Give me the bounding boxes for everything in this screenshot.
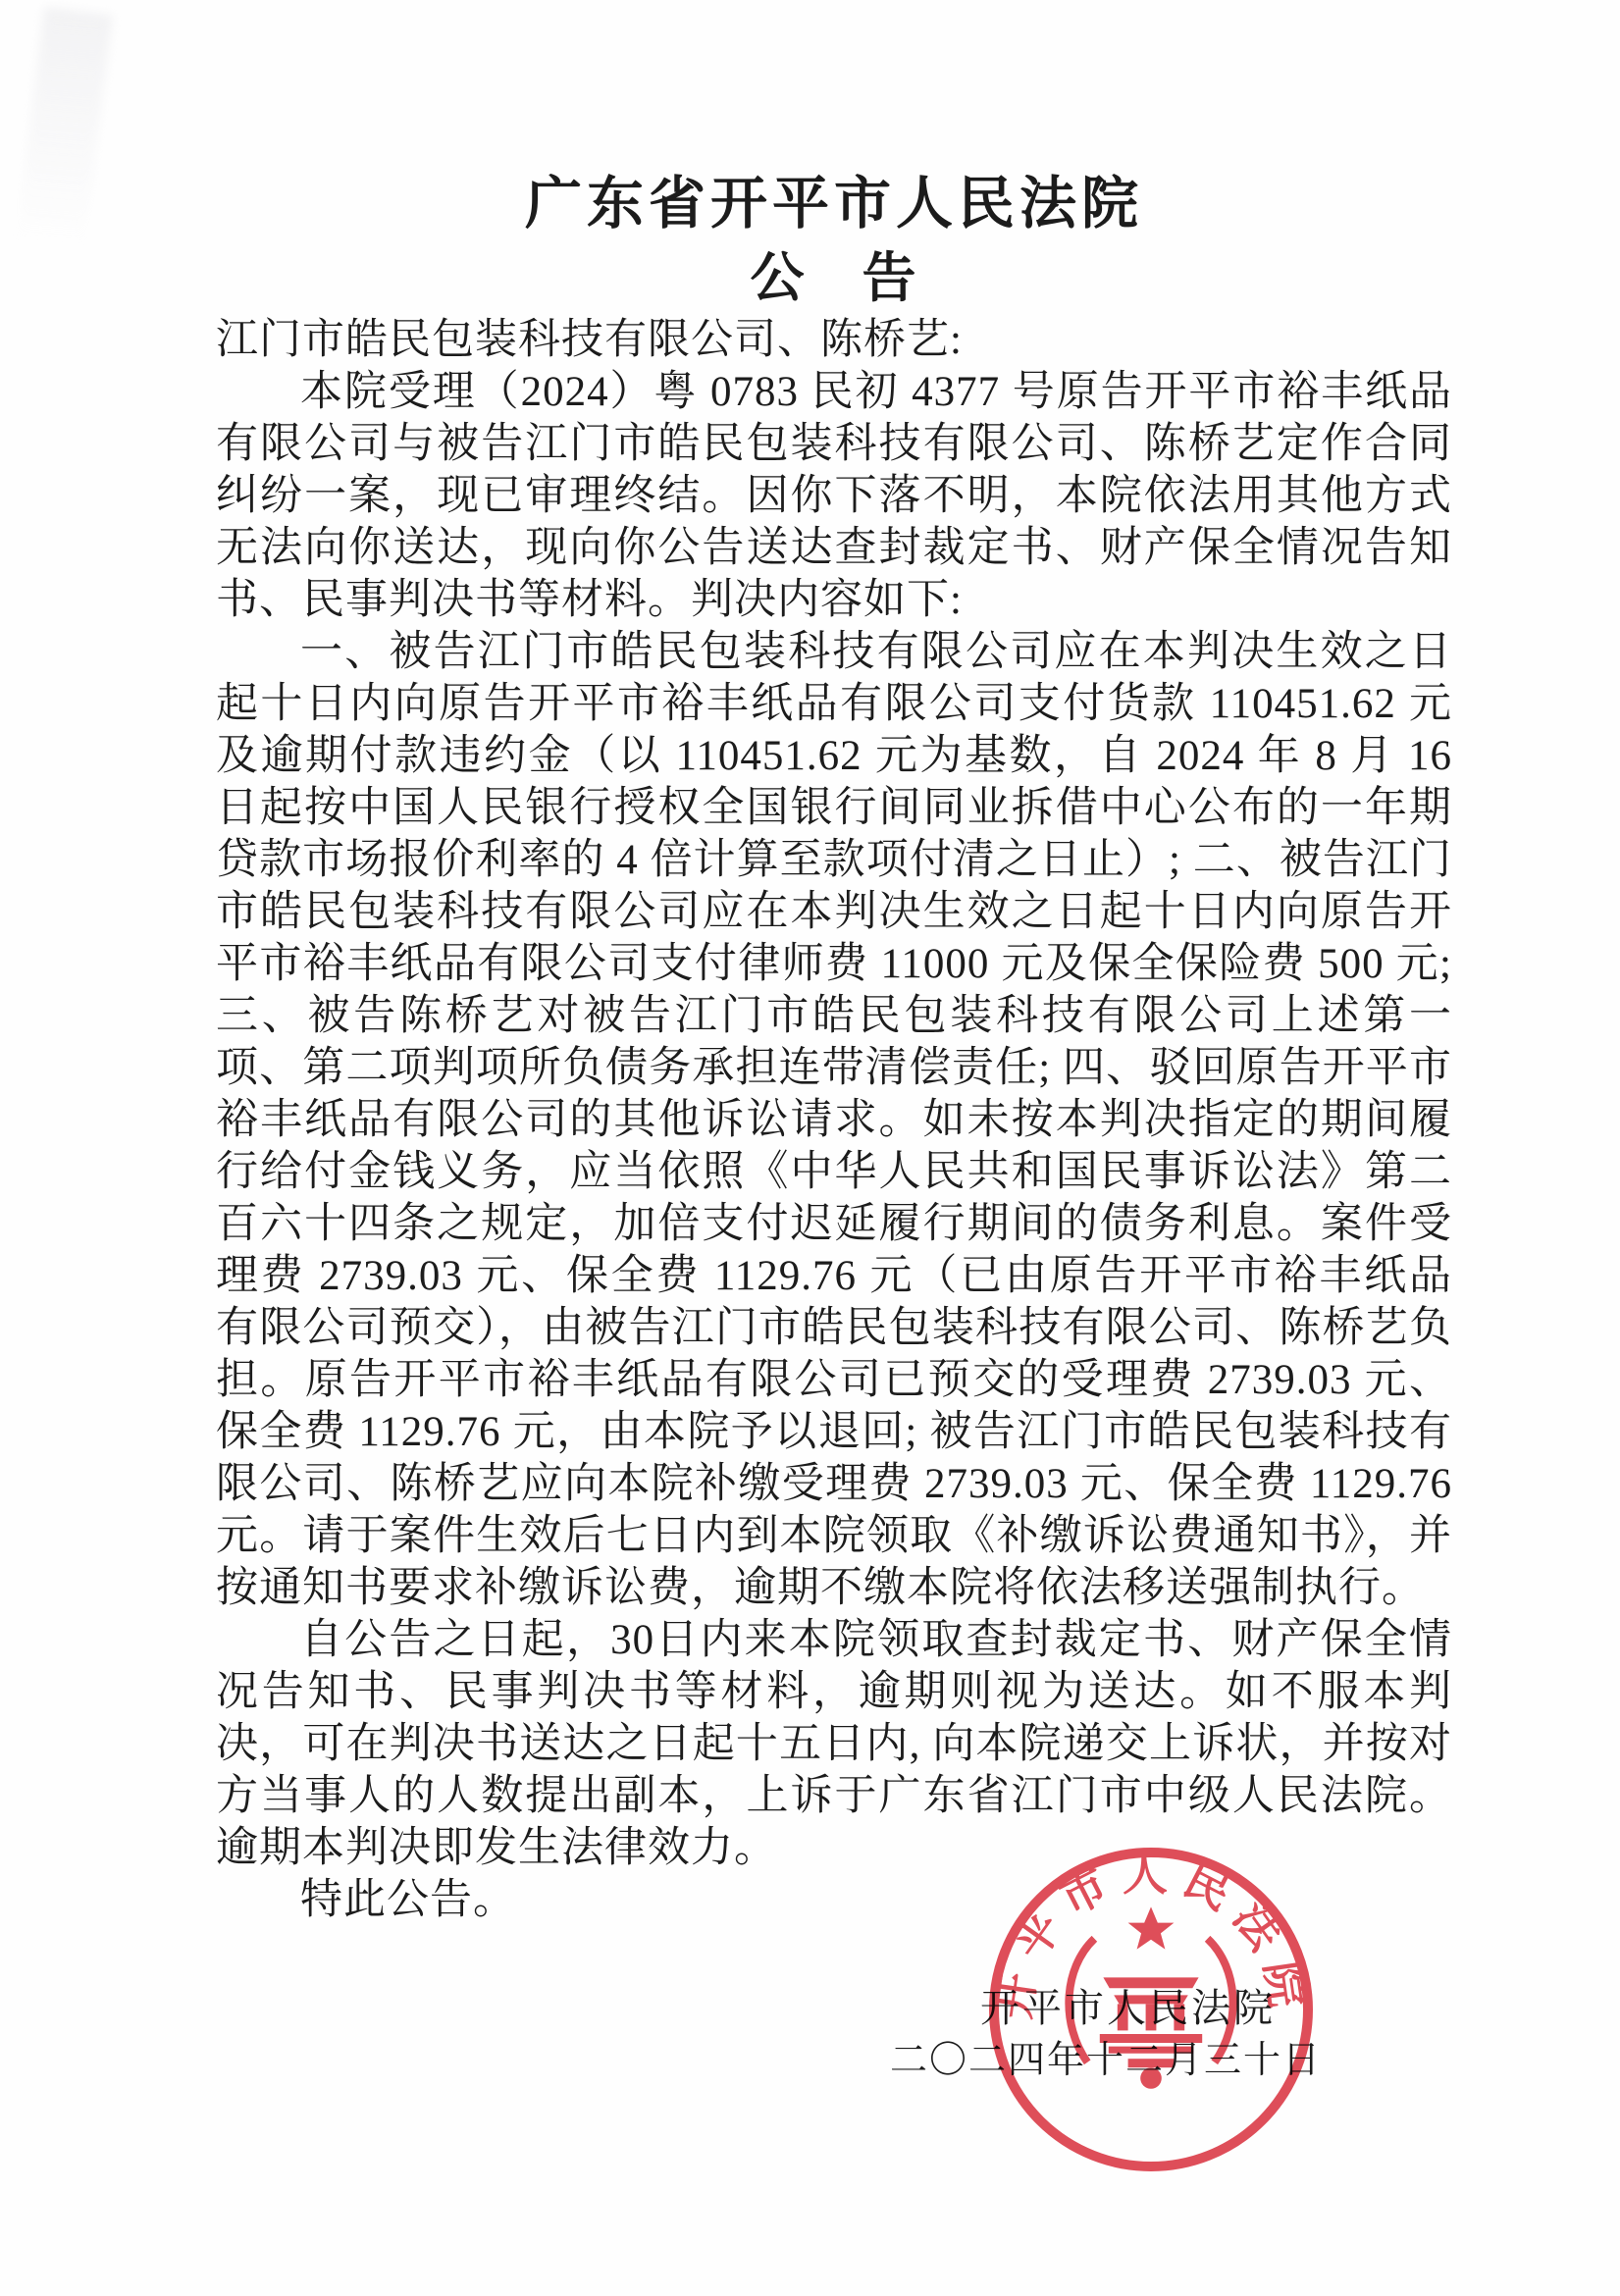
- announcement-page: 广东省开平市人民法院 公 告 江门市皓民包装科技有限公司、陈桥艺: 本院受理（2…: [0, 0, 1620, 2296]
- paragraph-judgment-content: 一、被告江门市皓民包装科技有限公司应在本判决生效之日起十日内向原告开平市裕丰纸品…: [216, 626, 1452, 1614]
- court-seal: 开平市人民法院: [984, 1843, 1318, 2176]
- paragraph-service-notice: 自公告之日起，30日内来本院领取查封裁定书、财产保全情况告知书、民事判决书等材料…: [216, 1614, 1452, 1874]
- scan-artifact: [11, 7, 113, 287]
- doc-type-title: 公 告: [216, 235, 1452, 312]
- national-emblem-icon: [1069, 1906, 1232, 2088]
- court-name-title: 广东省开平市人民法院: [216, 157, 1452, 239]
- addressee-line: 江门市皓民包装科技有限公司、陈桥艺:: [216, 314, 1452, 366]
- announcement-body: 江门市皓民包装科技有限公司、陈桥艺: 本院受理（2024）粤 0783 民初 4…: [216, 314, 1452, 1926]
- paragraph-case-summary: 本院受理（2024）粤 0783 民初 4377 号原告开平市裕丰纸品有限公司与…: [216, 366, 1452, 626]
